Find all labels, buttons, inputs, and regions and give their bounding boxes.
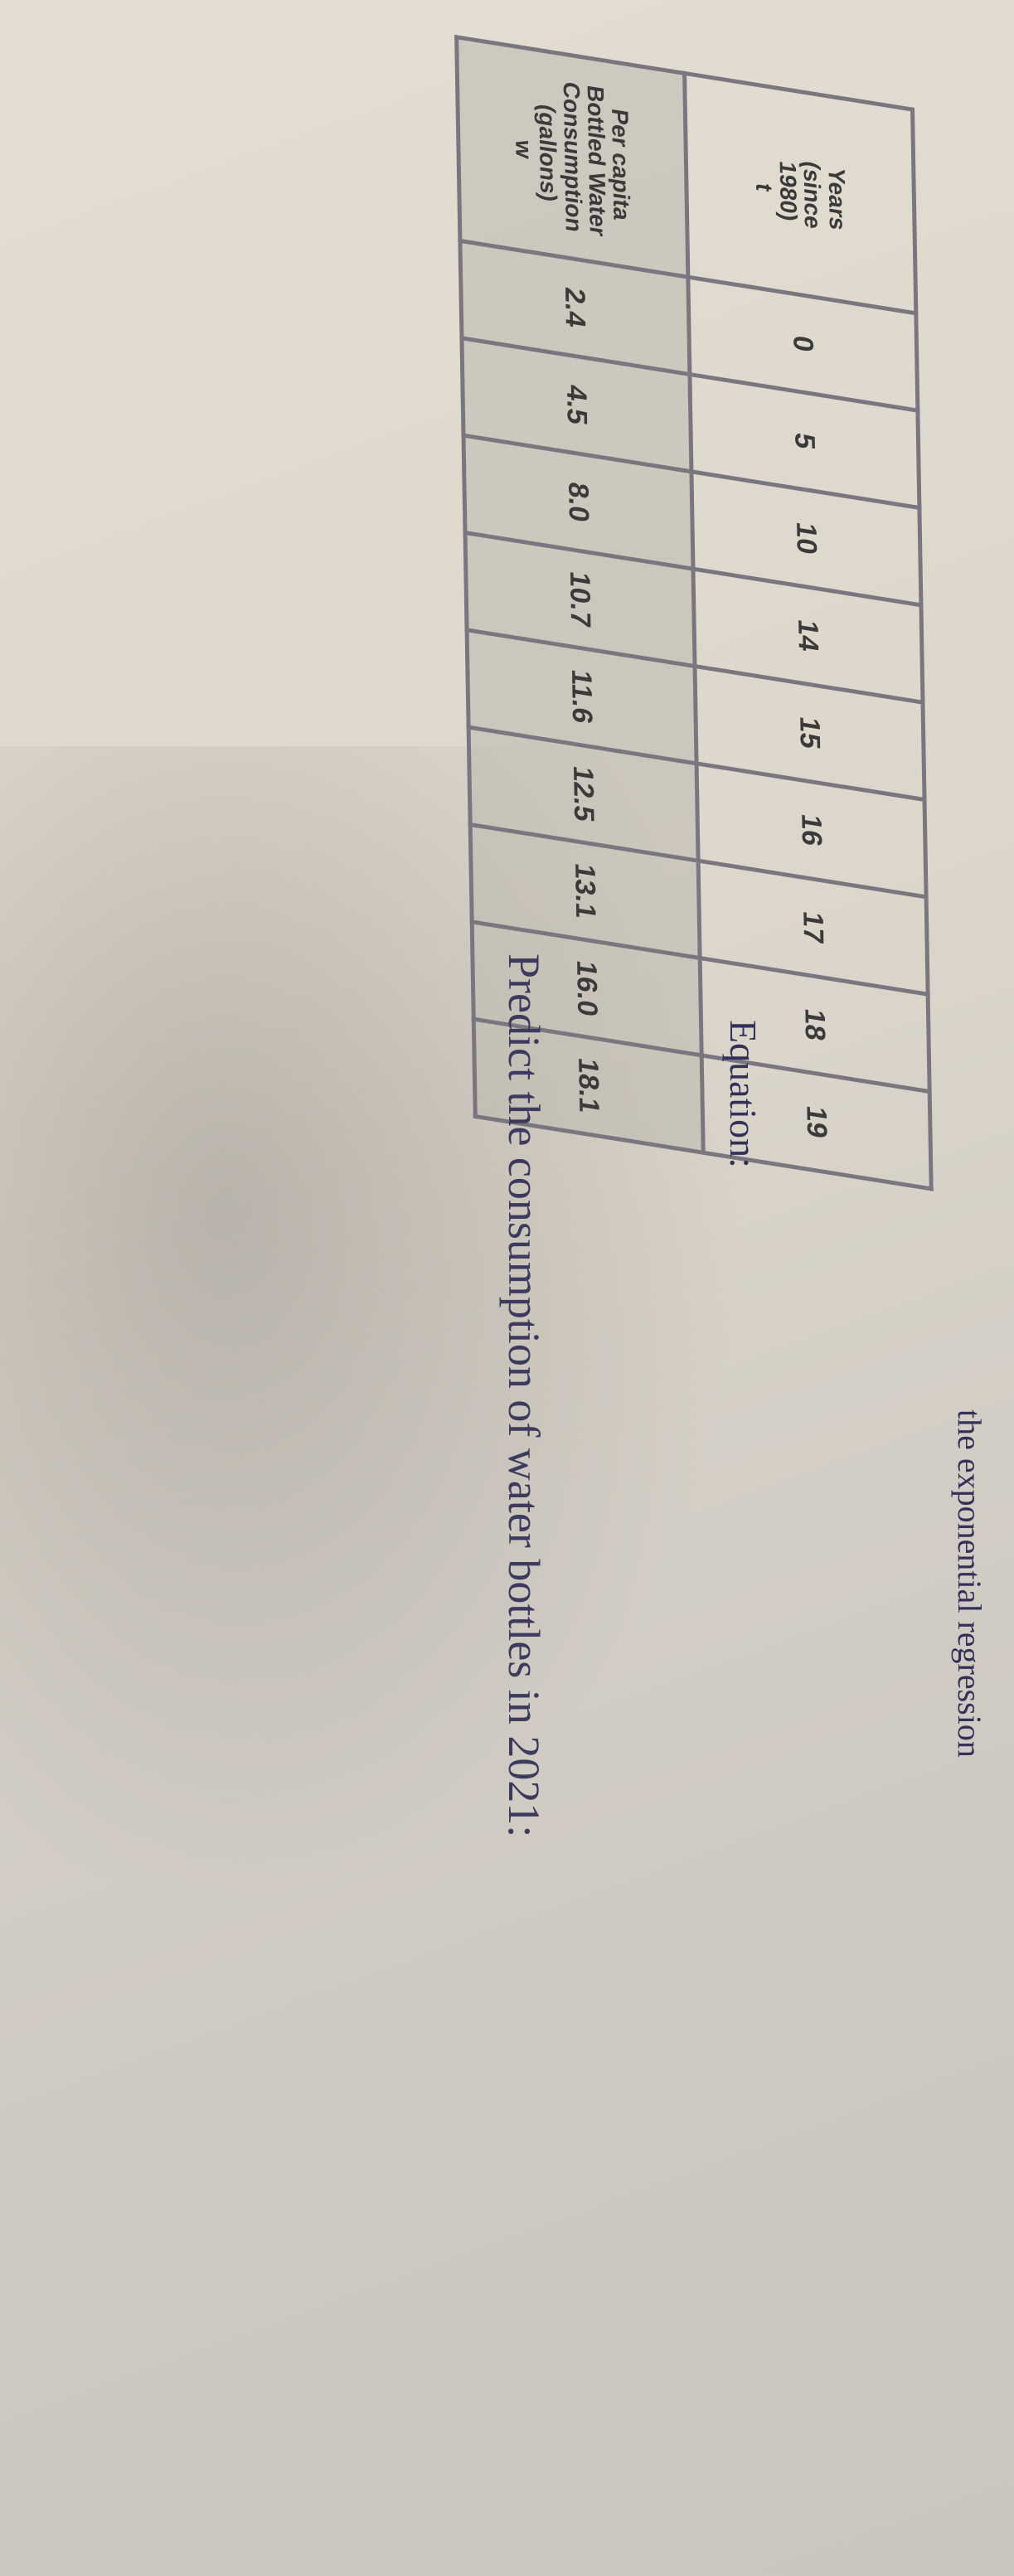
table-row-consumption: Per capita Bottled Water Consumption (ga… (457, 37, 704, 1152)
instruction-text: the exponential regression (950, 1409, 989, 1758)
header-consumption: Per capita Bottled Water Consumption (ga… (457, 37, 688, 277)
equation-label: Equation: (721, 1020, 765, 1168)
worksheet-page: the exponential regression Years (since … (0, 0, 1014, 2576)
predict-question: Predict the consumption of water bottles… (498, 953, 550, 1837)
header-years: Years (since 1980) t (685, 73, 916, 313)
